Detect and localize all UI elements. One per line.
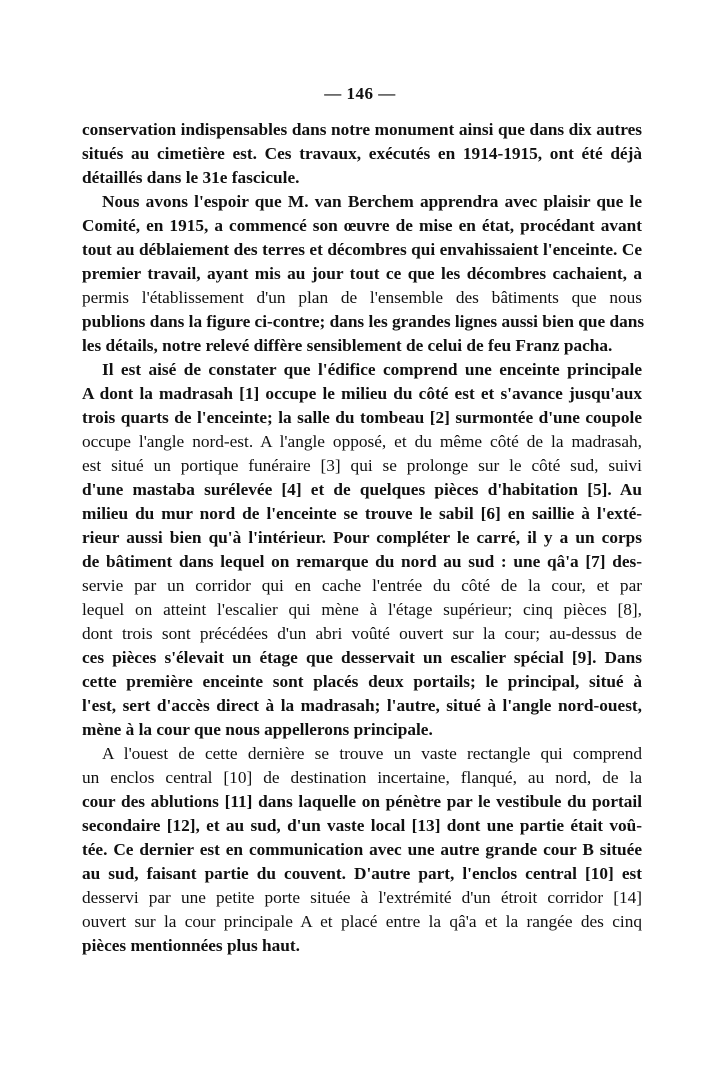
text-line: occupe l'angle nord-est. A l'angle oppos… xyxy=(82,430,642,454)
text-line: ces pièces s'élevait un étage que desser… xyxy=(82,646,642,670)
text-line: détaillés dans le 31e fascicule. xyxy=(82,166,642,190)
text-line: cette première enceinte sont placés deux… xyxy=(82,670,642,694)
text-line: A dont la madrasah [1] occupe le milieu … xyxy=(82,382,642,406)
text-line: premier travail, ayant mis au jour tout … xyxy=(82,262,642,286)
text-line: mène à la cour que nous appellerons prin… xyxy=(82,718,642,742)
text-line: au sud, faisant partie du couvent. D'aut… xyxy=(82,862,642,886)
text-line: milieu du mur nord de l'enceinte se trou… xyxy=(82,502,642,526)
text-line: ouvert sur la cour principale A et placé… xyxy=(82,910,642,934)
text-line: servie par un corridor qui en cache l'en… xyxy=(82,574,642,598)
text-line: secondaire [12], et au sud, d'un vaste l… xyxy=(82,814,642,838)
text-line: situés au cimetière est. Ces travaux, ex… xyxy=(82,142,642,166)
text-line: publions dans la figure ci-contre; dans … xyxy=(82,310,642,334)
body-text: conservation indispensables dans notre m… xyxy=(82,118,642,958)
paragraph-start-line: Nous avons l'espoir que M. van Berchem a… xyxy=(82,190,642,214)
text-line: conservation indispensables dans notre m… xyxy=(82,118,642,142)
text-line: lequel on atteint l'escalier qui mène à … xyxy=(82,598,642,622)
text-line: est situé un portique funéraire [3] qui … xyxy=(82,454,642,478)
text-line: de bâtiment dans lequel on remarque du n… xyxy=(82,550,642,574)
text-line: permis l'établissement d'un plan de l'en… xyxy=(82,286,642,310)
paragraph-start-line: Il est aisé de constater que l'édifice c… xyxy=(82,358,642,382)
text-line: desservi par une petite porte située à l… xyxy=(82,886,642,910)
text-line: d'une mastaba surélevée [4] et de quelqu… xyxy=(82,478,642,502)
text-line: rieur aussi bien qu'à l'intérieur. Pour … xyxy=(82,526,642,550)
text-line: pièces mentionnées plus haut. xyxy=(82,934,642,958)
text-line: l'est, sert d'accès direct à la madrasah… xyxy=(82,694,642,718)
text-line: cour des ablutions [11] dans laquelle on… xyxy=(82,790,642,814)
document-page: — 146 — conservation indispensables dans… xyxy=(0,0,720,1079)
text-line: tout au déblaiement des terres et décomb… xyxy=(82,238,642,262)
text-line: dont trois sont précédées d'un abri voût… xyxy=(82,622,642,646)
text-line: un enclos central [10] de destination in… xyxy=(82,766,642,790)
page-number: — 146 — xyxy=(0,84,720,104)
text-line: tée. Ce dernier est en communication ave… xyxy=(82,838,642,862)
text-line: Comité, en 1915, a commencé son œuvre de… xyxy=(82,214,642,238)
text-line: les détails, notre relevé diffère sensib… xyxy=(82,334,642,358)
paragraph-start-line: A l'ouest de cette dernière se trouve un… xyxy=(82,742,642,766)
text-line: trois quarts de l'enceinte; la salle du … xyxy=(82,406,642,430)
